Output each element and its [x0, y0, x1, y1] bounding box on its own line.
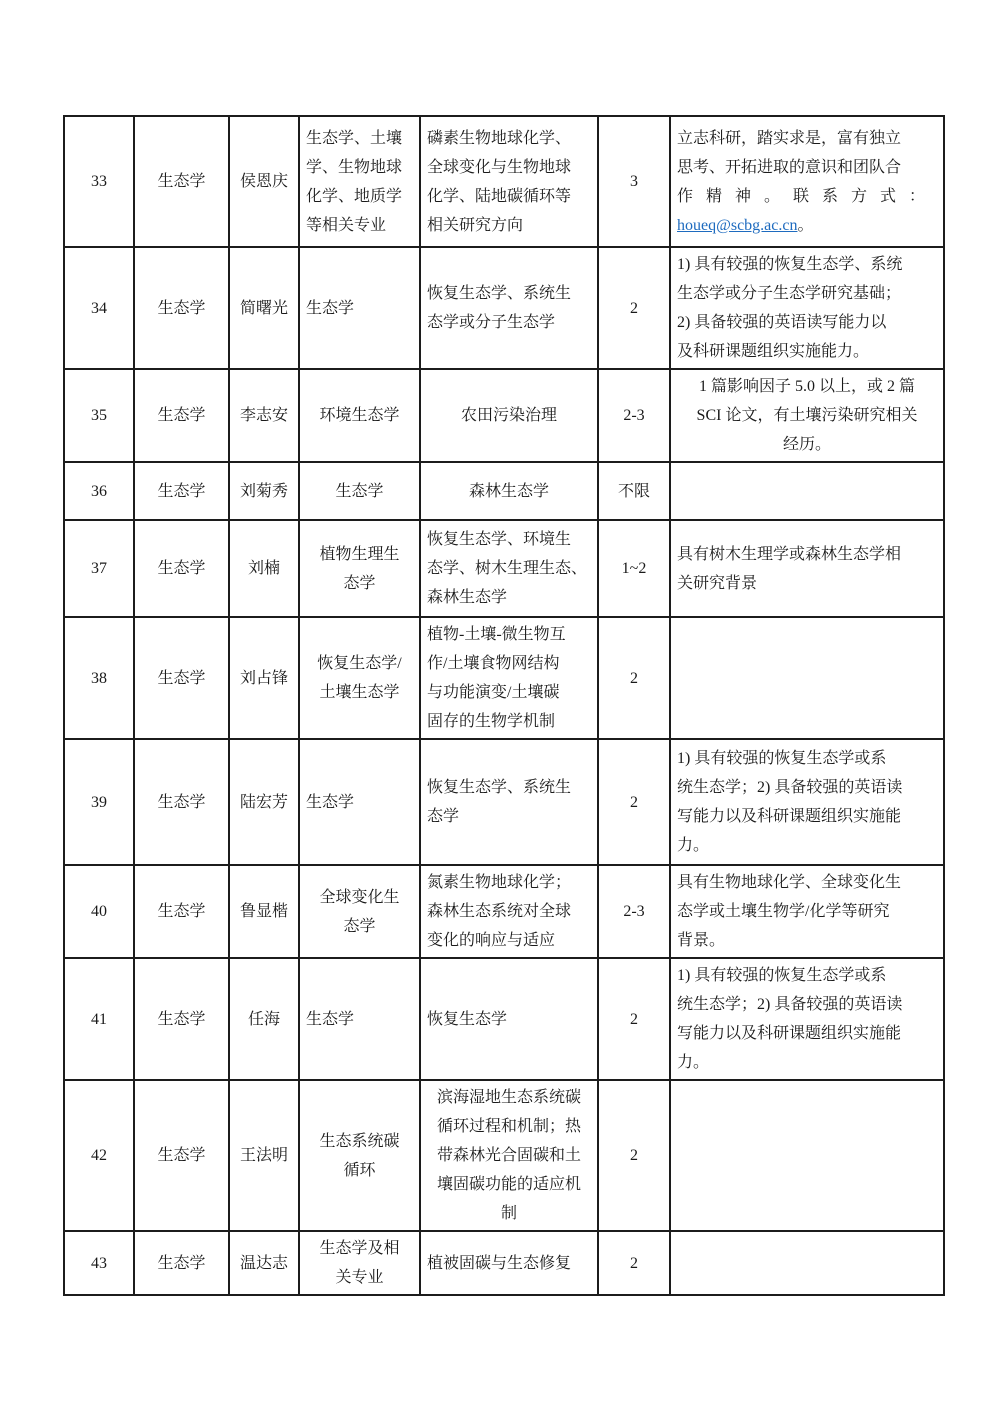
document-page: 33 生态学 侯恩庆 生态学、土壤 学、生物地球 化学、地质学 等相关专业 磷素…	[0, 0, 1000, 1414]
cell-count: 不限	[598, 462, 670, 520]
cell-major: 生态学及相 关专业	[299, 1231, 420, 1295]
table-row: 35 生态学 李志安 环境生态学 农田污染治理 2-3 1 篇影响因子 5.0 …	[64, 369, 944, 462]
cell-direction: 滨海湿地生态系统碳 循环过程和机制；热 带森林光合固碳和土 壤固碳功能的适应机 …	[420, 1080, 598, 1231]
email-link[interactable]: houeq@scbg.ac.cn	[677, 217, 797, 234]
cell-discipline: 生态学	[134, 247, 229, 369]
cell-count: 2	[598, 617, 670, 739]
cell-major: 恢复生态学/ 土壤生态学	[299, 617, 420, 739]
cell-direction: 植物-土壤-微生物互 作/土壤食物网结构 与功能演变/土壤碳 固存的生物学机制	[420, 617, 598, 739]
cell-direction: 恢复生态学、环境生 态学、树木生理生态、 森林生态学	[420, 520, 598, 617]
cell-direction: 恢复生态学、系统生 态学或分子生态学	[420, 247, 598, 369]
cell-requirement: 1) 具有较强的恢复生态学、系统 生态学或分子生态学研究基础； 2) 具备较强的…	[670, 247, 944, 369]
table-row: 42 生态学 王法明 生态系统碳 循环 滨海湿地生态系统碳 循环过程和机制；热 …	[64, 1080, 944, 1231]
cell-direction: 氮素生物地球化学； 森林生态系统对全球 变化的响应与适应	[420, 865, 598, 958]
cell-discipline: 生态学	[134, 958, 229, 1080]
cell-discipline: 生态学	[134, 462, 229, 520]
cell-number: 38	[64, 617, 134, 739]
cell-count: 2	[598, 1231, 670, 1295]
cell-number: 37	[64, 520, 134, 617]
cell-count: 2-3	[598, 369, 670, 462]
cell-major: 生态系统碳 循环	[299, 1080, 420, 1231]
cell-name: 任海	[229, 958, 299, 1080]
cell-number: 34	[64, 247, 134, 369]
table-row: 38 生态学 刘占锋 恢复生态学/ 土壤生态学 植物-土壤-微生物互 作/土壤食…	[64, 617, 944, 739]
cell-requirement	[670, 462, 944, 520]
cell-direction: 农田污染治理	[420, 369, 598, 462]
table-row: 37 生态学 刘楠 植物生理生 态学 恢复生态学、环境生 态学、树木生理生态、 …	[64, 520, 944, 617]
contact-line: houeq@scbg.ac.cn。	[677, 217, 813, 234]
cell-discipline: 生态学	[134, 116, 229, 247]
requirement-text: 立志科研，踏实求是，富有独立 思考、开拓进取的意识和团队合	[677, 130, 901, 176]
cell-requirement: 具有树木生理学或森林生态学相 关研究背景	[670, 520, 944, 617]
cell-direction: 植被固碳与生态修复	[420, 1231, 598, 1295]
cell-requirement: 1 篇影响因子 5.0 以上，或 2 篇 SCI 论文，有土壤污染研究相关 经历…	[670, 369, 944, 462]
cell-count: 1~2	[598, 520, 670, 617]
cell-discipline: 生态学	[134, 1231, 229, 1295]
cell-name: 鲁显楷	[229, 865, 299, 958]
cell-number: 36	[64, 462, 134, 520]
table-row: 33 生态学 侯恩庆 生态学、土壤 学、生物地球 化学、地质学 等相关专业 磷素…	[64, 116, 944, 247]
table-row: 36 生态学 刘菊秀 生态学 森林生态学 不限	[64, 462, 944, 520]
cell-number: 35	[64, 369, 134, 462]
cell-direction: 恢复生态学、系统生 态学	[420, 739, 598, 865]
cell-name: 李志安	[229, 369, 299, 462]
cell-number: 40	[64, 865, 134, 958]
cell-major: 环境生态学	[299, 369, 420, 462]
cell-count: 2-3	[598, 865, 670, 958]
cell-discipline: 生态学	[134, 617, 229, 739]
cell-count: 2	[598, 958, 670, 1080]
cell-name: 刘菊秀	[229, 462, 299, 520]
cell-direction: 磷素生物地球化学、 全球变化与生物地球 化学、陆地碳循环等 相关研究方向	[420, 116, 598, 247]
cell-requirement: 具有生物地球化学、全球变化生 态学或土壤生物学/化学等研究 背景。	[670, 865, 944, 958]
cell-discipline: 生态学	[134, 520, 229, 617]
cell-name: 刘楠	[229, 520, 299, 617]
cell-major: 植物生理生 态学	[299, 520, 420, 617]
cell-name: 侯恩庆	[229, 116, 299, 247]
cell-requirement: 1) 具有较强的恢复生态学或系 统生态学；2) 具备较强的英语读 写能力以及科研…	[670, 958, 944, 1080]
table-row: 40 生态学 鲁显楷 全球变化生 态学 氮素生物地球化学； 森林生态系统对全球 …	[64, 865, 944, 958]
cell-major: 生态学、土壤 学、生物地球 化学、地质学 等相关专业	[299, 116, 420, 247]
cell-name: 陆宏芳	[229, 739, 299, 865]
table-row: 39 生态学 陆宏芳 生态学 恢复生态学、系统生 态学 2 1) 具有较强的恢复…	[64, 739, 944, 865]
cell-major: 生态学	[299, 462, 420, 520]
cell-count: 3	[598, 116, 670, 247]
cell-count: 2	[598, 739, 670, 865]
cell-requirement	[670, 1231, 944, 1295]
table-row: 43 生态学 温达志 生态学及相 关专业 植被固碳与生态修复 2	[64, 1231, 944, 1295]
table-row: 34 生态学 简曙光 生态学 恢复生态学、系统生 态学或分子生态学 2 1) 具…	[64, 247, 944, 369]
cell-major: 生态学	[299, 247, 420, 369]
cell-name: 刘占锋	[229, 617, 299, 739]
table-row: 41 生态学 任海 生态学 恢复生态学 2 1) 具有较强的恢复生态学或系 统生…	[64, 958, 944, 1080]
cell-discipline: 生态学	[134, 865, 229, 958]
cell-major: 生态学	[299, 739, 420, 865]
cell-number: 39	[64, 739, 134, 865]
cell-number: 33	[64, 116, 134, 247]
cell-requirement	[670, 617, 944, 739]
requirement-spread-line: 作精神。联系方式：	[677, 182, 937, 211]
cell-direction: 恢复生态学	[420, 958, 598, 1080]
recruitment-table: 33 生态学 侯恩庆 生态学、土壤 学、生物地球 化学、地质学 等相关专业 磷素…	[63, 115, 945, 1296]
cell-discipline: 生态学	[134, 369, 229, 462]
cell-name: 简曙光	[229, 247, 299, 369]
cell-count: 2	[598, 247, 670, 369]
cell-name: 王法明	[229, 1080, 299, 1231]
cell-name: 温达志	[229, 1231, 299, 1295]
cell-requirement: 1) 具有较强的恢复生态学或系 统生态学；2) 具备较强的英语读 写能力以及科研…	[670, 739, 944, 865]
cell-number: 41	[64, 958, 134, 1080]
cell-major: 全球变化生 态学	[299, 865, 420, 958]
cell-direction: 森林生态学	[420, 462, 598, 520]
cell-requirement: 立志科研，踏实求是，富有独立 思考、开拓进取的意识和团队合 作精神。联系方式： …	[670, 116, 944, 247]
cell-number: 42	[64, 1080, 134, 1231]
cell-number: 43	[64, 1231, 134, 1295]
cell-discipline: 生态学	[134, 739, 229, 865]
cell-count: 2	[598, 1080, 670, 1231]
cell-requirement	[670, 1080, 944, 1231]
cell-discipline: 生态学	[134, 1080, 229, 1231]
email-suffix: 。	[797, 217, 813, 234]
cell-major: 生态学	[299, 958, 420, 1080]
